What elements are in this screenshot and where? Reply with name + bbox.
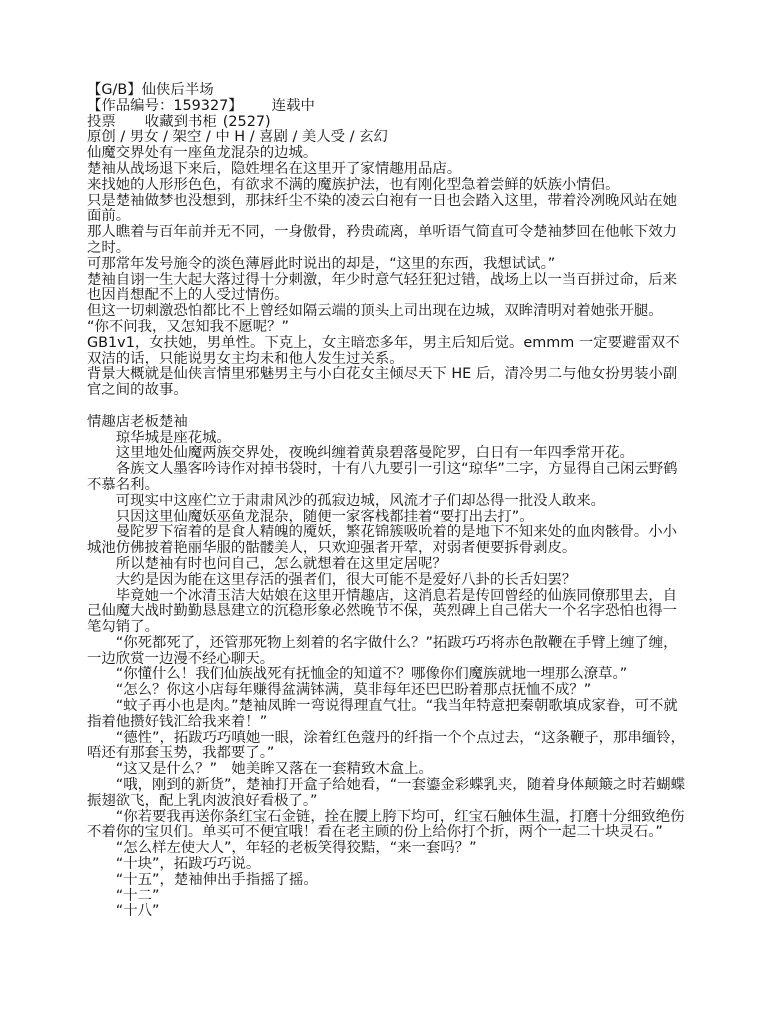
story-paragraph: 只因这里仙魔妖巫鱼龙混杂，随便一家客栈都挂着“要打出去打”。: [87, 510, 691, 526]
story-paragraph: 那人瞧着与百年前并无不同，一身傲骨，矜贵疏离，单听语气简直可令楚袖梦回在他帐下效…: [87, 225, 691, 257]
story-paragraph: “怎么？你这小店每年赚得盆满钵满，莫非每年还巴巴盼着那点抚恤不成？”: [87, 683, 691, 699]
status-text: 连载中: [272, 98, 315, 114]
bookshelf-link[interactable]: 收藏到书柜: [145, 114, 217, 130]
story-paragraph: GB1v1，女扶她，男单性。下克上，女主暗恋多年，男主后知后觉。emmm 一定要…: [87, 336, 691, 368]
story-paragraph: 楚袖自诩一生大起大落过得十分刺激，年少时意气轻狂犯过错，战场上以一当百拼过命，后…: [87, 273, 691, 305]
story-paragraph: “你不问我，又怎知我不愿呢？”: [87, 320, 691, 336]
vote-link[interactable]: 投票: [87, 114, 116, 130]
story-paragraph: “你懂什么！我们仙族战死有抚恤金的知道不？哪像你们魔族就地一埋那么潦草。”: [87, 667, 691, 683]
work-meta-line: 【作品编号：159327】连载中: [87, 99, 691, 115]
story-body: 仙魔交界处有一座鱼龙混杂的边城。楚袖从战场退下来后，隐姓埋名在这里开了家情趣用品…: [87, 146, 691, 920]
story-paragraph: 所以楚袖有时也问自己，怎么就想着在这里定居呢？: [87, 557, 691, 573]
story-paragraph: 背景大概就是仙侠言情里邪魅男主与小白花女主倾尽天下 HE 后，清冷男二与他女扮男…: [87, 367, 691, 399]
story-paragraph: “你死都死了，还管那死物上刻着的名字做什么？”拓跋巧巧将赤色散鞭在手臂上缠了缠，…: [87, 636, 691, 668]
story-paragraph: “蚊子再小也是肉。”楚袖凤眸一弯说得理直气壮。“我当年特意把秦朝歌填成家眷，可不…: [87, 699, 691, 731]
section-heading: 情趣店老板楚袖: [87, 415, 691, 431]
story-paragraph: 可现实中这座伫立于肃肃风沙的孤寂边城，风流才子们却怂得一批没人敢来。: [87, 494, 691, 510]
story-paragraph: “十五”，楚袖伸出手指摇了摇。: [87, 873, 691, 889]
story-paragraph: 这里地处仙魔两族交界处，夜晚纠缠着黄泉碧落曼陀罗，白日有一年四季常开花。: [87, 446, 691, 462]
story-paragraph: “十块”，拓跋巧巧说。: [87, 857, 691, 873]
story-paragraph: “十八”: [87, 904, 691, 920]
work-id: 【作品编号：159327】: [87, 98, 243, 114]
story-paragraph: 来找她的人形形色色，有欲求不满的魔族护法，也有刚化型急着尝鲜的妖族小情侣。: [87, 178, 691, 194]
story-paragraph: 大约是因为能在这里存活的强者们，很大可能不是爱好八卦的长舌妇罢？: [87, 573, 691, 589]
story-paragraph: “德性”，拓跋巧巧嗔她一眼，涂着红色蔻丹的纤指一个个点过去，“这条鞭子，那串缅铃…: [87, 731, 691, 763]
story-paragraph: 毕竟她一个冰清玉洁大姑娘在这里开情趣店，这消息若是传回曾经的仙族同僚那里去，自己…: [87, 589, 691, 636]
story-paragraph: 各族文人墨客吟诗作对掉书袋时，十有八九要引一引这“琼华”二字，方显得自己闲云野鹤…: [87, 462, 691, 494]
story-paragraph: “十二”: [87, 889, 691, 905]
story-paragraph: 楚袖从战场退下来后，隐姓埋名在这里开了家情趣用品店。: [87, 162, 691, 178]
story-paragraph: 琼华城是座花城。: [87, 431, 691, 447]
story-paragraph: 可那常年发号施令的淡色薄唇此时说出的却是，“这里的东西，我想试试。”: [87, 257, 691, 273]
blank-line: [87, 399, 691, 415]
story-paragraph: 曼陀罗下宿着的是食人精魄的魇妖，繁花锦簇吸吮着的是地下不知来处的血肉骸骨。小小城…: [87, 525, 691, 557]
story-paragraph: 但这一切刺激恐怕都比不上曾经如隔云端的顶头上司出现在边城，双眸清明对着她张开腿。: [87, 304, 691, 320]
bookshelf-count: (2527): [223, 114, 271, 130]
story-paragraph: “你若要我再送你条红宝石金链，拴在腰上胯下均可，红宝石触体生温，打磨十分细致绝伤…: [87, 810, 691, 842]
tags-line: 原创 / 男女 / 架空 / 中 H / 喜剧 / 美人受 / 玄幻: [87, 130, 691, 146]
story-paragraph: 仙魔交界处有一座鱼龙混杂的边城。: [87, 146, 691, 162]
story-paragraph: “这又是什么？” 她美眸又落在一套精致木盒上。: [87, 762, 691, 778]
story-paragraph: “怎么样左使大人”，年轻的老板笑得狡黠，“来一套吗？”: [87, 841, 691, 857]
work-title: 【G/B】仙侠后半场: [87, 83, 691, 99]
story-paragraph: “哦，刚到的新货”，楚袖打开盒子给她看，“一套鎏金彩蝶乳夹，随着身体颠簸之时若蝴…: [87, 778, 691, 810]
document-page: 【G/B】仙侠后半场 【作品编号：159327】连载中 投票收藏到书柜(2527…: [0, 0, 768, 1024]
story-paragraph: 只是楚袖做梦也没想到，那抹纤尘不染的凌云白袍有一日也会踏入这里，带着泠冽晚风站在…: [87, 194, 691, 226]
